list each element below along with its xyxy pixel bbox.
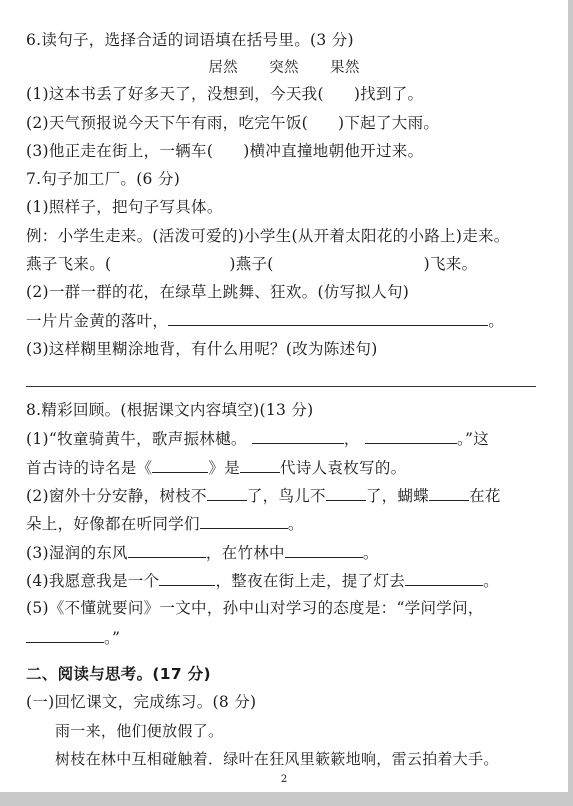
- q8-line-6: (4)我愿意我是一个，整夜在街上走，提了灯去。: [26, 570, 499, 591]
- answer-blank[interactable]: [240, 457, 280, 473]
- q7-sub3: (3)这样糊里糊涂地背，有什么用呢？(改为陈述句): [26, 339, 378, 359]
- q8-line-1: (1)“牧童骑黄牛，歌声振林樾。 ， 。”这: [26, 428, 489, 449]
- answer-blank[interactable]: [152, 457, 208, 473]
- q7-example: 例：小学生走来。(活泼可爱的)小学生(从开着太阳花的小路上)走来。: [26, 226, 510, 246]
- page-number: 2: [0, 774, 568, 785]
- q6-item-2: (2)天气预报说今天下午有雨，吃完午饭()下起了大雨。: [26, 113, 439, 133]
- passage-line: 树枝在林中互相碰触着．绿叶在狂风里簌簌地响，雷云拍着大手。: [55, 749, 499, 769]
- q6-item-3: (3)他正走在街上，一辆车()横冲直撞地朝他开过来。: [26, 141, 423, 161]
- exam-page: 6.读句子，选择合适的词语填在括号里。(3 分) 居然 突然 果然 (1)这本书…: [0, 0, 568, 792]
- question-8-title: 8.精彩回顾。(根据课文内容填空)(13 分): [26, 400, 314, 420]
- passage-line: 雨一来，他们便放假了。: [55, 721, 223, 741]
- question-7-title: 7.句子加工厂。(6 分): [26, 169, 180, 189]
- q8-line-5: (3)湿润的东风，在竹林中。: [26, 542, 379, 563]
- answer-blank[interactable]: [168, 310, 488, 326]
- option-word: 突然: [269, 58, 299, 78]
- answer-blank[interactable]: [285, 542, 363, 558]
- q7-sub1: (1)照样子，把句子写具体。: [26, 197, 223, 217]
- q6-item-1: (1)这本书丢了好多天了，没想到，今天我()找到了。: [26, 84, 423, 104]
- q8-line-7: (5)《不懂就要问》一文中，孙中山对学习的态度是：“学问学问，: [26, 598, 484, 618]
- answer-blank[interactable]: [200, 513, 288, 529]
- section-2-title: 二、阅读与思考。(17 分): [26, 664, 211, 684]
- q7-sub2-answer: 一片片金黄的落叶，。: [26, 310, 504, 331]
- option-word: 居然: [208, 58, 238, 78]
- answer-blank[interactable]: [252, 428, 344, 444]
- q8-line-4: 朵上，好像都在听同学们。: [26, 513, 304, 534]
- answer-blank[interactable]: [429, 485, 469, 501]
- q8-line-2: 首古诗的诗名是《》是代诗人袁枚写的。: [26, 457, 406, 478]
- answer-blank[interactable]: [405, 570, 483, 586]
- question-6-title: 6.读句子，选择合适的词语填在括号里。(3 分): [26, 30, 354, 50]
- answer-blank[interactable]: [159, 570, 215, 586]
- answer-blank[interactable]: [207, 485, 247, 501]
- q7-sub2: (2)一群一群的花，在绿草上跳舞、狂欢。(仿写拟人句): [26, 282, 409, 302]
- option-word: 果然: [330, 58, 360, 78]
- q8-line-8: 。”: [26, 627, 120, 648]
- q8-line-3: (2)窗外十分安静，树枝不了，鸟儿不了，蝴蝶在花: [26, 485, 501, 506]
- answer-blank[interactable]: [26, 627, 104, 643]
- word-options: 居然 突然 果然: [0, 57, 568, 78]
- answer-blank[interactable]: [326, 485, 366, 501]
- answer-line[interactable]: [26, 386, 536, 387]
- section-2-sub1: (一)回忆课文，完成练习。(8 分): [26, 692, 256, 712]
- answer-blank[interactable]: [128, 542, 206, 558]
- q7-exercise: 燕子飞来。()燕子()飞来。: [26, 254, 477, 274]
- answer-blank[interactable]: [365, 428, 457, 444]
